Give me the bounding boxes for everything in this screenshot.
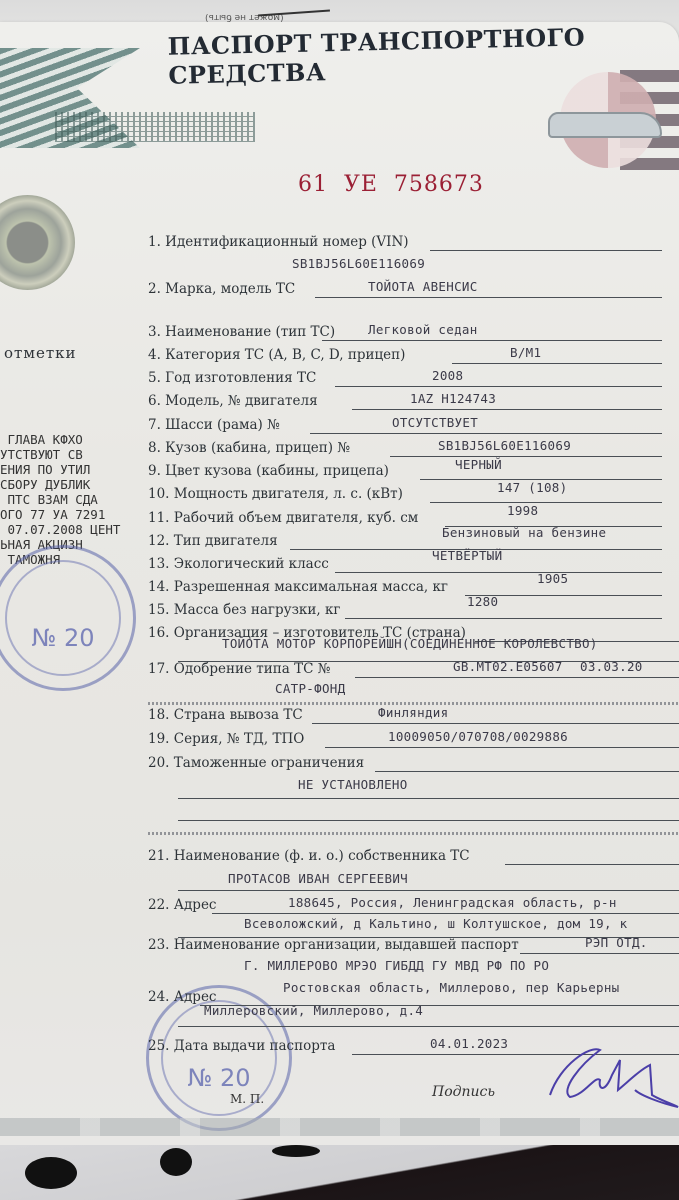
field-label: 20. Таможенные ограничения xyxy=(148,755,364,771)
field-value-secondary: Всеволожский, д Кальтино, ш Колтушское, … xyxy=(244,916,627,931)
field-rule xyxy=(505,864,679,865)
field-value: НЕ УСТАНОВЛЕНО xyxy=(298,777,408,792)
field-rule xyxy=(390,456,662,457)
field-label: 25. Дата выдачи паспорта xyxy=(148,1038,335,1054)
field-label: 14. Разрешенная максимальная масса, кг xyxy=(148,579,448,595)
field-rule xyxy=(375,771,679,772)
field-label: 3. Наименование (тип ТС) xyxy=(148,324,335,340)
field-value: Ростовская область, Миллерово, пер Карье… xyxy=(283,980,620,995)
field-rule xyxy=(352,409,662,410)
field-rule xyxy=(520,953,679,954)
field-value: ТОЙОТА МОТОР КОРПОРЕЙШН(СОЕДИНЕННОЕ КОРО… xyxy=(222,636,598,651)
field-rule xyxy=(355,677,679,678)
field-value: 1AZ H124743 xyxy=(410,391,496,406)
field-value: 1998 xyxy=(507,503,538,518)
binder-sleeve xyxy=(0,1145,679,1200)
security-band xyxy=(0,1118,679,1136)
field-label: 21. Наименование (ф. и. о.) собственника… xyxy=(148,848,470,864)
field-rule xyxy=(335,386,662,387)
field-rule xyxy=(312,723,679,724)
field-value: 2008 xyxy=(432,368,463,383)
field-value: SB1BJ56L60E116069 xyxy=(292,256,425,271)
field-value: ЧЕРНЫЙ xyxy=(455,457,502,472)
field-rule xyxy=(212,913,679,914)
signature-label: Подпись xyxy=(432,1084,495,1100)
field-value-tertiary: САТР-ФОНД xyxy=(275,681,345,696)
field-value-secondary: Г. МИЛЛЕРОВО МРЭО ГИБДД ГУ МВД РФ ПО РО xyxy=(244,958,549,973)
field-value: 188645, Россия, Ленинградская область, р… xyxy=(288,895,617,910)
field-value-secondary: 03.03.20 xyxy=(580,659,643,674)
field-label: 2. Марка, модель ТС xyxy=(148,281,295,297)
field-value: 1905 xyxy=(537,571,568,586)
field-label: 4. Категория ТС (A, B, C, D, прицеп) xyxy=(148,347,405,363)
field-rule xyxy=(430,502,662,503)
field-rule xyxy=(322,340,662,341)
stamp-place-label: М. П. xyxy=(230,1092,264,1106)
field-label: 9. Цвет кузова (кабины, прицепа) xyxy=(148,463,389,479)
field-label: 17. Одобрение типа ТС № xyxy=(148,661,331,677)
field-rule xyxy=(345,618,662,619)
field-value: GB.MT02.E05607 xyxy=(453,659,563,674)
field-value: Бензиновый на бензине xyxy=(442,525,606,540)
field-value: ЧЕТВЁРТЫЙ xyxy=(432,548,502,563)
microtext-line xyxy=(148,702,679,705)
field-label: 12. Тип двигателя xyxy=(148,533,278,549)
field-value: Легковой седан xyxy=(368,322,478,337)
field-rule xyxy=(325,747,679,748)
microtext-line xyxy=(148,832,679,835)
field-value: РЭП ОТД. xyxy=(585,935,648,950)
field-label: 7. Шасси (рама) № xyxy=(148,417,280,433)
field-value: SB1BJ56L60E116069 xyxy=(438,438,571,453)
field-value: ОТСУТСТВУЕТ xyxy=(392,415,478,430)
signature-scribble-icon xyxy=(540,1035,679,1110)
field-value: 10009050/070708/0029886 xyxy=(388,729,568,744)
field-rule xyxy=(178,798,679,799)
passport-fields: 1. Идентификационный номер (VIN)SB1BJ56L… xyxy=(0,0,679,1200)
field-value: Финляндия xyxy=(378,705,448,720)
field-value: 1280 xyxy=(467,594,498,609)
field-label: 6. Модель, № двигателя xyxy=(148,393,318,409)
field-label: 10. Мощность двигателя, л. с. (кВт) xyxy=(148,486,403,502)
field-value: 04.01.2023 xyxy=(430,1036,508,1051)
field-value: ТОЙОТА АВЕНСИС xyxy=(368,279,478,294)
field-rule xyxy=(452,363,662,364)
binder-hole xyxy=(25,1157,77,1189)
binder-hole xyxy=(272,1145,320,1157)
field-value: 147 (108) xyxy=(497,480,567,495)
field-rule xyxy=(178,890,679,891)
field-label: 5. Год изготовления ТС xyxy=(148,370,316,386)
field-label: 22. Адрес xyxy=(148,897,217,913)
field-label: 23. Наименование организации, выдавшей п… xyxy=(148,937,519,953)
field-rule xyxy=(335,572,662,573)
field-value: B/M1 xyxy=(510,345,541,360)
binder-hole xyxy=(160,1148,192,1176)
field-label: 1. Идентификационный номер (VIN) xyxy=(148,234,409,250)
field-label: 19. Серия, № ТД, ТПО xyxy=(148,731,304,747)
field-label: 18. Страна вывоза ТС xyxy=(148,707,303,723)
field-value: ПРОТАСОВ ИВАН СЕРГЕЕВИЧ xyxy=(228,871,408,886)
field-rule xyxy=(178,1026,679,1027)
field-label: 15. Масса без нагрузки, кг xyxy=(148,602,340,618)
field-rule xyxy=(178,820,679,821)
field-rule xyxy=(310,433,662,434)
field-value-secondary: Миллеровский, Миллерово, д.4 xyxy=(204,1003,423,1018)
field-rule xyxy=(430,250,662,251)
field-label: 11. Рабочий объем двигателя, куб. см xyxy=(148,510,418,526)
field-label: 8. Кузов (кабина, прицеп) № xyxy=(148,440,350,456)
field-rule xyxy=(315,297,662,298)
field-label: 13. Экологический класс xyxy=(148,556,329,572)
